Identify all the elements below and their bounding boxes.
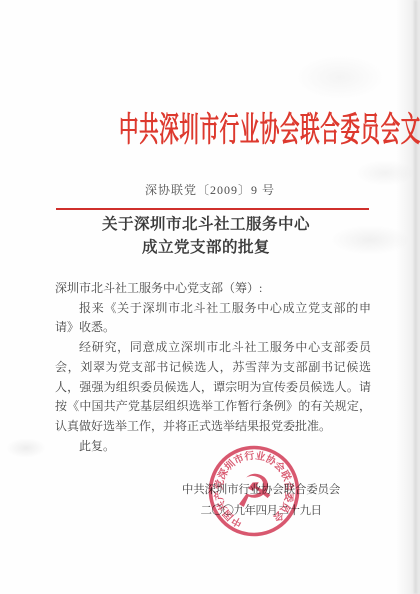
header-org-title-text: 中共深圳市行业协会联合委员会文件	[119, 112, 420, 149]
document-page: 中共深圳市行业协会联合委员会文件 深协联党〔2009〕9 号 关于深圳市北斗社工…	[0, 0, 420, 594]
paragraph: 报来《关于深圳市北斗社工服务中心成立党支部的申请》收悉。	[55, 299, 371, 338]
red-separator-rule	[56, 208, 369, 210]
scan-streak	[414, 0, 417, 594]
document-title-line2: 成立党支部的批复	[0, 237, 412, 260]
document-title-line1: 关于深圳市北斗社工服务中心	[0, 214, 412, 237]
scan-artifact	[295, 55, 385, 100]
paragraph: 经研究，同意成立深圳市北斗社工服务中心支部委员会，刘翠为党支部书记候选人，苏雪萍…	[55, 338, 371, 437]
hammer-sickle-icon: ☭	[232, 464, 276, 518]
document-body: 深圳市北斗社工服务中心党支部（筹）: 报来《关于深圳市北斗社工服务中心成立党支部…	[55, 279, 371, 456]
header-org-title: 中共深圳市行业协会联合委员会文件	[0, 112, 420, 149]
official-seal: 中国共产党深圳市行业协会联合委员会 ☭	[188, 425, 320, 557]
scan-artifact	[6, 438, 46, 458]
salutation: 深圳市北斗社工服务中心党支部（筹）:	[55, 279, 371, 299]
doc-number: 深协联党〔2009〕9 号	[0, 181, 420, 198]
document-title: 关于深圳市北斗社工服务中心 成立党支部的批复	[0, 214, 412, 259]
